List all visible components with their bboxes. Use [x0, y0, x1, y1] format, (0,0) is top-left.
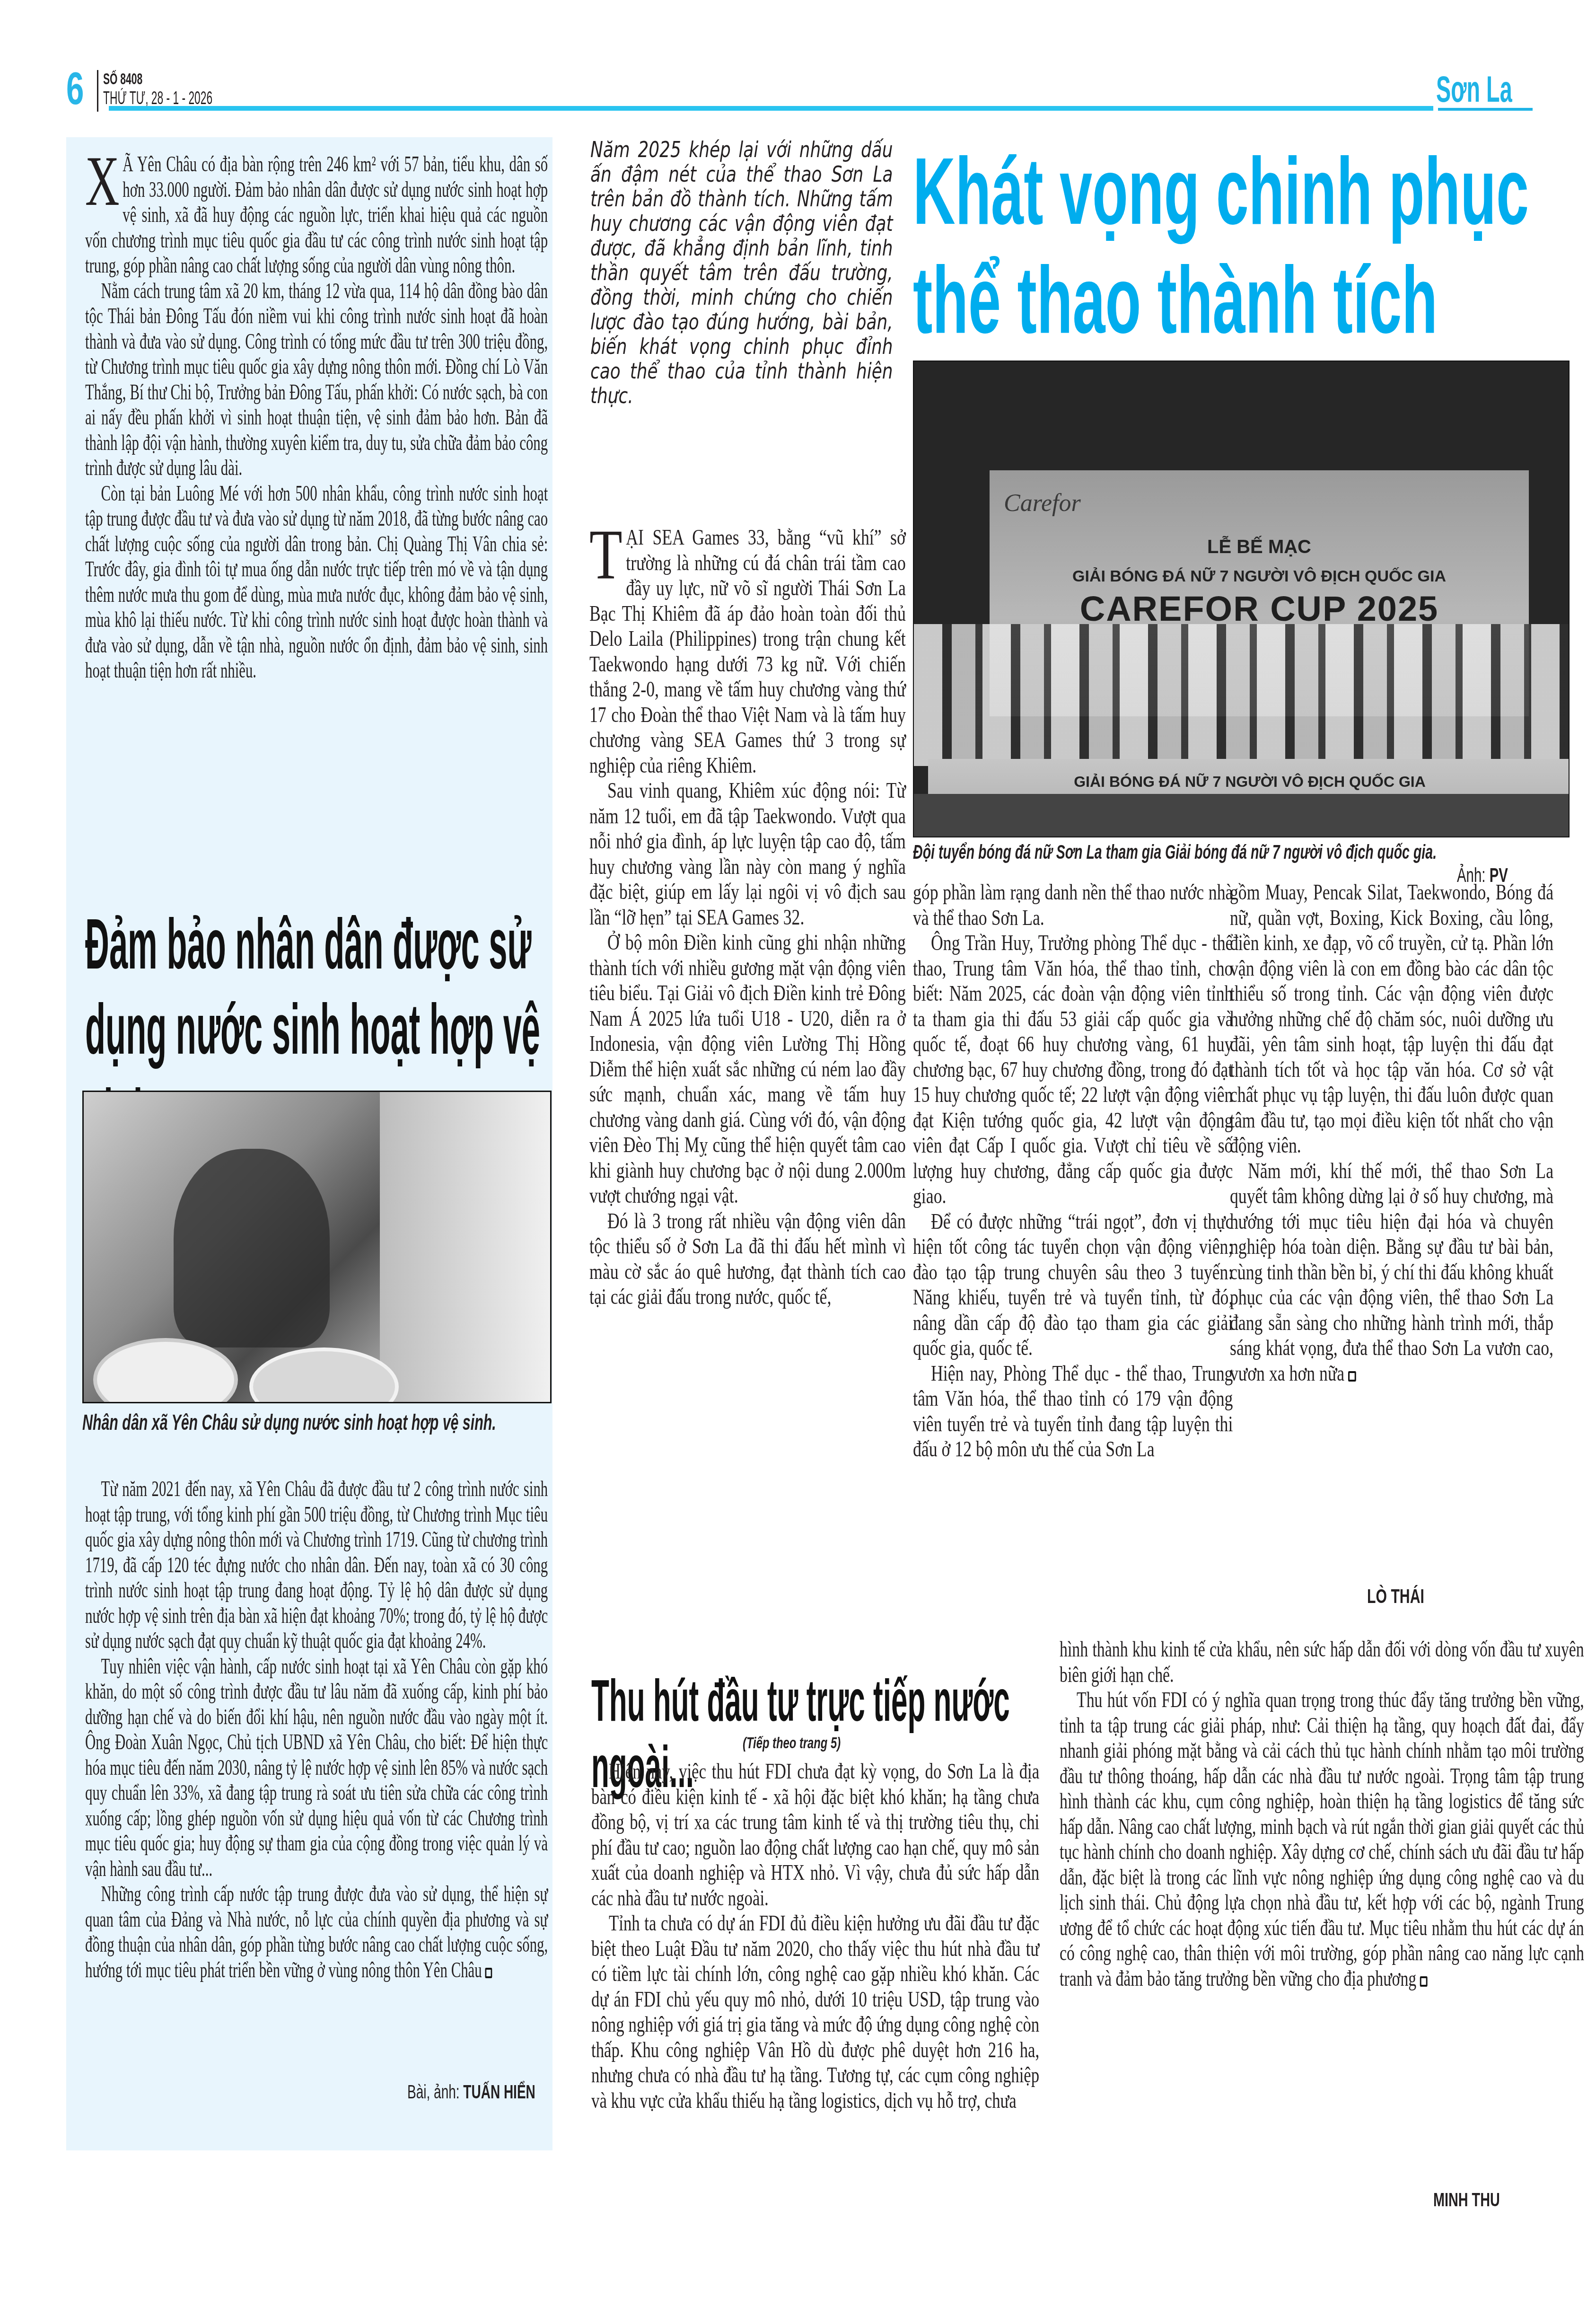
fdi-article-byline: MINH THU	[1433, 2190, 1500, 2211]
lead-paragraph: Ã Yên Châu có địa bàn rộng trên 246 km² …	[85, 152, 548, 277]
paragraph: Tỉnh ta chưa có dự án FDI đủ điều kiện h…	[591, 1911, 1039, 2113]
header-divider	[97, 70, 98, 112]
sports-photo-caption: Đội tuyển bóng đá nữ Sơn La tham gia Giả…	[913, 840, 1576, 864]
paragraph: Để có được những “trái ngọt”, đơn vị thự…	[913, 1209, 1233, 1361]
paragraph: Hiện nay, Phòng Thể dục - thể thao, Trun…	[913, 1361, 1233, 1462]
water-article-box: XÃ Yên Châu có địa bàn rộng trên 246 km²…	[66, 137, 552, 2150]
brand-underline	[1438, 108, 1533, 111]
sports-column-2: góp phần làm rạng danh nền thể thao nước…	[913, 880, 1233, 1462]
sports-article-sapo: Năm 2025 khép lại với những dấu ấn đậm n…	[590, 137, 893, 408]
paragraph: Từ năm 2021 đến nay, xã Yên Châu đã được…	[85, 1476, 548, 1654]
page-number: 6	[66, 66, 84, 112]
fdi-column-1: Hiện nay, việc thu hút FDI chưa đạt kỳ v…	[591, 1759, 1039, 2113]
paragraph: Nằm cách trung tâm xã 20 km, tháng 12 vừ…	[85, 278, 548, 481]
photo-field-shape	[914, 794, 1569, 837]
issue-number: SỐ 8408	[103, 70, 142, 88]
end-mark-icon	[1420, 1976, 1427, 1987]
photo-basin-shape	[249, 1347, 399, 1403]
carefor-logo: Carefor	[1004, 489, 1081, 517]
sports-column-1: TẠI SEA Games 33, bằng “vũ khí” sở trườn…	[589, 525, 906, 1310]
sports-article-byline: LÒ THÁI	[1367, 1585, 1424, 1608]
paragraph: Đó là 3 trong rất nhiều vận động viên dâ…	[589, 1209, 906, 1310]
sports-column-3: gồm Muay, Pencak Silat, Taekwondo, Bóng …	[1230, 880, 1553, 1386]
paragraph: hình thành khu kinh tế cửa khẩu, nên sức…	[1060, 1637, 1584, 1688]
drop-cap: X	[85, 153, 120, 209]
end-mark-icon	[1348, 1371, 1356, 1382]
paragraph: Ở bộ môn Điền kinh cũng ghi nhận những t…	[589, 930, 906, 1209]
water-article-body: Từ năm 2021 đến nay, xã Yên Châu đã được…	[85, 1476, 548, 1982]
paragraph: Còn tại bản Luông Mé với hơn 500 nhân kh…	[85, 481, 548, 683]
author-name: TUẤN HIỂN	[464, 2082, 535, 2103]
paragraph: Sau vinh quang, Khiêm xúc động nói: Từ n…	[589, 778, 906, 930]
paragraph: Tuy nhiên việc vận hành, cấp nước sinh h…	[85, 1654, 548, 1882]
issue-date: THỨ TƯ, 28 - 1 - 2026	[103, 89, 212, 108]
fdi-column-2: hình thành khu kinh tế cửa khẩu, nên sức…	[1060, 1637, 1584, 1991]
water-article-photo	[82, 1091, 552, 1403]
water-article-byline: Bài, ảnh: TUẤN HIỂN	[407, 2082, 535, 2103]
paragraph: góp phần làm rạng danh nền thể thao nước…	[913, 880, 1233, 931]
paragraph: Thu hút vốn FDI có ý nghĩa quan trọng tr…	[1060, 1688, 1584, 1991]
paragraph: Năm mới, khí thế mới, thể thao Sơn La qu…	[1230, 1159, 1553, 1387]
paragraph: gồm Muay, Pencak Silat, Taekwondo, Bóng …	[1230, 880, 1553, 1159]
newspaper-brand: Sơn La	[1436, 70, 1512, 108]
water-article-intro: XÃ Yên Châu có địa bàn rộng trên 246 km²…	[85, 151, 548, 683]
header-rule	[109, 106, 1433, 111]
photo-basin-shape	[93, 1338, 238, 1403]
photo-team-shape	[914, 624, 1569, 766]
paragraph: Những công trình cấp nước tập trung được…	[85, 1881, 548, 1982]
continued-from-label: (Tiếp theo trang 5)	[743, 1734, 841, 1752]
water-photo-caption: Nhân dân xã Yên Châu sử dụng nước sinh h…	[82, 1409, 544, 1435]
photo-person-shape	[174, 1149, 330, 1347]
paragraph: Ông Trần Huy, Trưởng phòng Thể dục - thể…	[913, 931, 1233, 1209]
drop-cap: T	[589, 527, 623, 582]
sports-article-photo: Carefor LỄ BẾ MẠC GIẢI BÓNG ĐÁ NỮ 7 NGƯỜ…	[913, 361, 1570, 837]
paragraph: Hiện nay, việc thu hút FDI chưa đạt kỳ v…	[591, 1759, 1039, 1911]
photo-wall-shape	[380, 1092, 550, 1402]
end-mark-icon	[485, 1968, 492, 1978]
